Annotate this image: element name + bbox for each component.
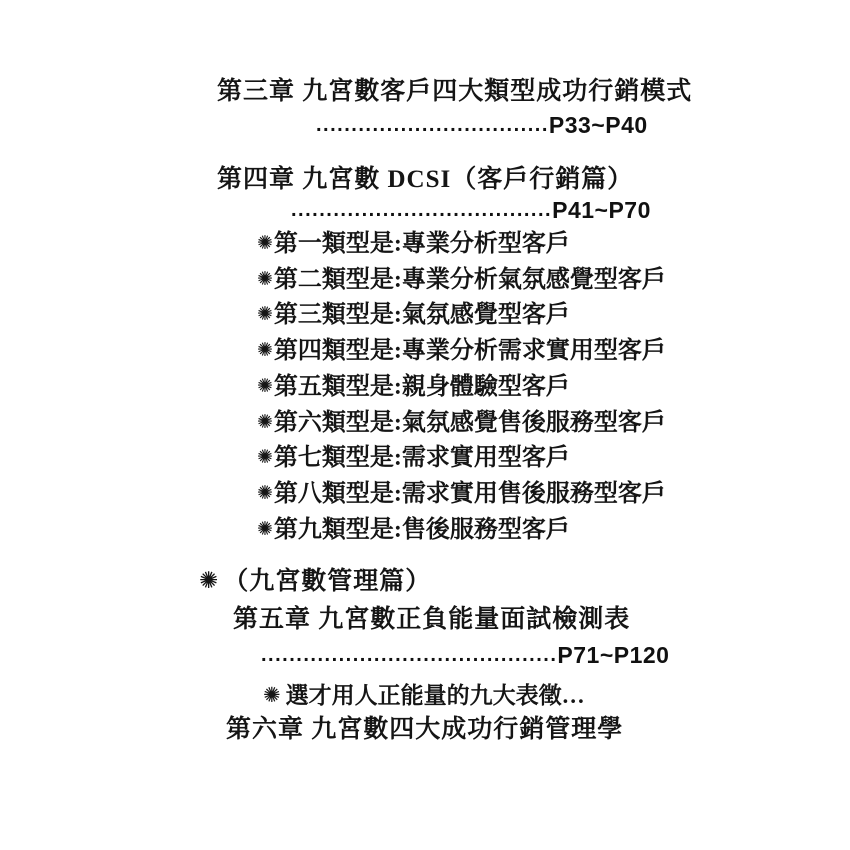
sunburst-asterisk-icon: ✺ [257, 232, 273, 254]
sunburst-asterisk-icon: ✺ [257, 268, 273, 290]
chapter3-leader-line: .................................P33~P40 [316, 112, 648, 139]
chapter3-page-range: P33~P40 [549, 112, 648, 138]
customer-type-label: 第八類型是:需求實用售後服務型客戶 [274, 481, 666, 507]
sunburst-asterisk-icon: ✺ [257, 303, 273, 325]
sunburst-asterisk-icon: ✺ [257, 375, 273, 397]
chapter3-dot-leader: ................................. [316, 114, 549, 136]
chapter4-page-range: P41~P70 [552, 197, 651, 223]
chapter6-title: 第六章 九宮數四大成功行銷管理學 [226, 709, 623, 745]
customer-type-label: 第二類型是:專業分析氣氛感覺型客戶 [274, 267, 666, 293]
customer-type-item: ✺第七類型是:需求實用型客戶 [257, 437, 570, 472]
customer-type-item: ✺第三類型是:氣氛感覺型客戶 [257, 294, 570, 329]
customer-type-item: ✺第八類型是:需求實用售後服務型客戶 [257, 473, 666, 508]
sunburst-asterisk-icon: ✺ [199, 568, 219, 594]
chapter4-title: 第四章 九宮數 DCSI（客戶行銷篇） [217, 159, 633, 195]
customer-type-item: ✺第九類型是:售後服務型客戶 [257, 509, 570, 544]
customer-type-label: 第六類型是:氣氛感覺售後服務型客戶 [274, 410, 666, 436]
customer-type-item: ✺第一類型是:專業分析型客戶 [257, 223, 570, 258]
customer-type-item: ✺第二類型是:專業分析氣氛感覺型客戶 [257, 259, 666, 294]
toc-page: 第三章 九宮數客戶四大類型成功行銷模式 ....................… [0, 0, 850, 850]
chapter5-dot-leader: ........................................… [261, 644, 557, 666]
sunburst-asterisk-icon: ✺ [257, 446, 273, 468]
sunburst-asterisk-icon: ✺ [257, 518, 273, 540]
chapter3-title: 第三章 九宮數客戶四大類型成功行銷模式 [217, 71, 692, 107]
sunburst-asterisk-icon: ✺ [263, 683, 281, 707]
customer-type-item: ✺第四類型是:專業分析需求實用型客戶 [257, 330, 666, 365]
management-section-heading: ✺（九宮數管理篇） [199, 561, 431, 597]
chapter5-note-label: 選才用人正能量的九大表徵… [286, 683, 585, 708]
customer-type-label: 第九類型是:售後服務型客戶 [274, 517, 570, 543]
chapter5-title: 第五章 九宮數正負能量面試檢測表 [233, 599, 630, 635]
customer-type-label: 第一類型是:專業分析型客戶 [274, 231, 570, 257]
chapter5-page-range: P71~P120 [557, 642, 669, 668]
customer-type-label: 第四類型是:專業分析需求實用型客戶 [274, 338, 666, 364]
customer-type-item: ✺第六類型是:氣氛感覺售後服務型客戶 [257, 402, 666, 437]
customer-type-label: 第三類型是:氣氛感覺型客戶 [274, 302, 570, 328]
management-section-label: （九宮數管理篇） [223, 568, 431, 595]
sunburst-asterisk-icon: ✺ [257, 482, 273, 504]
customer-type-label: 第七類型是:需求實用型客戶 [274, 445, 570, 471]
chapter4-dot-leader: ..................................... [291, 199, 552, 221]
chapter5-leader-line: ........................................… [261, 642, 669, 669]
customer-type-item: ✺第五類型是:親身體驗型客戶 [257, 366, 570, 401]
sunburst-asterisk-icon: ✺ [257, 339, 273, 361]
chapter5-note: ✺選才用人正能量的九大表徵… [263, 677, 585, 710]
chapter4-leader-line: .....................................P41… [291, 197, 651, 224]
sunburst-asterisk-icon: ✺ [257, 411, 273, 433]
customer-type-label: 第五類型是:親身體驗型客戶 [274, 374, 570, 400]
